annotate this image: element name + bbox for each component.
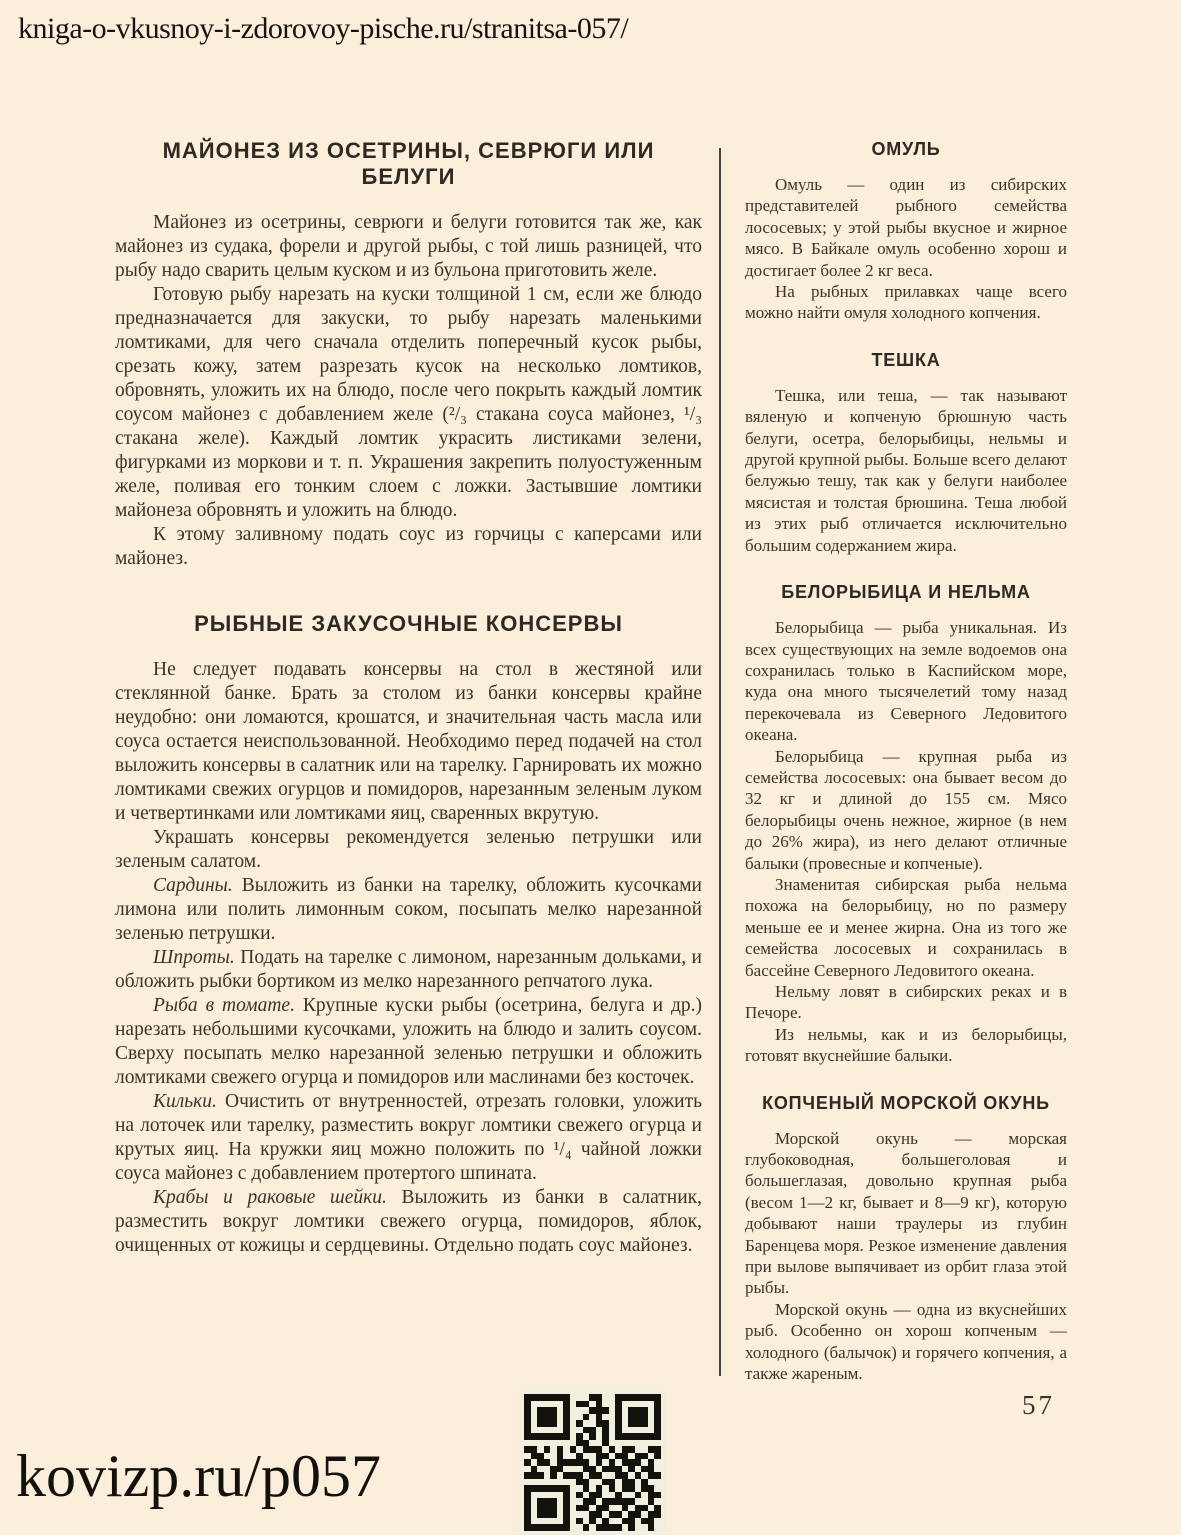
section-title: КОПЧЕНЫЙ МОРСКОЙ ОКУНЬ (745, 1092, 1067, 1114)
paragraph-lead: Шпроты. (153, 947, 235, 968)
paragraph: Украшать консервы рекомендуется зеленью … (115, 826, 702, 874)
paragraph: На рыбных прилавках чаще всего можно най… (745, 281, 1067, 324)
paragraph: Тешка, или теша, — так называют вяленую … (745, 385, 1067, 556)
column-divider (719, 148, 721, 1376)
paragraph: Не следует подавать консервы на стол в ж… (115, 658, 702, 826)
paragraph: Кильки. Очистить от внутренностей, отрез… (115, 1090, 702, 1186)
paragraph: Из нельмы, как и из белорыбицы, готовят … (745, 1024, 1067, 1067)
paragraph: Крабы и раковые шейки. Выложить из банки… (115, 1186, 702, 1258)
section-title: ОМУЛЬ (745, 138, 1067, 160)
paragraph: Морской окунь — морская глубоководная, б… (745, 1128, 1067, 1299)
paragraph: Майонез из осетрины, севрюги и белуги го… (115, 211, 702, 283)
paragraph: Готовую рыбу нарезать на куски толщиной … (115, 283, 702, 523)
section-title: МАЙОНЕЗ ИЗ ОСЕТРИНЫ, СЕВРЮГИ ИЛИ БЕЛУГИ (115, 138, 702, 190)
paragraph: К этому заливному подать соус из горчицы… (115, 523, 702, 571)
paragraph: Белорыбица — рыба уникальная. Из всех су… (745, 617, 1067, 745)
paragraph: Омуль — один из сибирских представителей… (745, 174, 1067, 281)
right-column: ОМУЛЬОмуль — один из сибирских представи… (745, 138, 1067, 1385)
left-column: МАЙОНЕЗ ИЗ ОСЕТРИНЫ, СЕВРЮГИ ИЛИ БЕЛУГИМ… (115, 138, 702, 1258)
paragraph: Нельму ловят в сибирских реках и в Печор… (745, 981, 1067, 1024)
paragraph: Белорыбица — крупная рыба из семейства л… (745, 746, 1067, 874)
section: ОМУЛЬОмуль — один из сибирских представи… (745, 138, 1067, 324)
footer-link: kovizp.ru/p057 (16, 1446, 381, 1506)
paragraph: Шпроты. Подать на тарелке с лимоном, нар… (115, 946, 702, 994)
paragraph: Рыба в томате. Крупные куски рыбы (осетр… (115, 994, 702, 1090)
section-title: РЫБНЫЕ ЗАКУСОЧНЫЕ КОНСЕРВЫ (115, 611, 702, 637)
paragraph: Знаменитая сибирская рыба нельма похожа … (745, 874, 1067, 981)
paragraph-lead: Крабы и раковые шейки. (153, 1187, 387, 1208)
url-header: kniga-o-vkusnoy-i-zdorovoy-pische.ru/str… (18, 12, 628, 46)
paragraph: Сардины. Выложить из банки на тарелку, о… (115, 874, 702, 946)
section: КОПЧЕНЫЙ МОРСКОЙ ОКУНЬМорской окунь — мо… (745, 1092, 1067, 1385)
section: МАЙОНЕЗ ИЗ ОСЕТРИНЫ, СЕВРЮГИ ИЛИ БЕЛУГИМ… (115, 138, 702, 571)
paragraph: Морской окунь — одна из вкуснейших рыб. … (745, 1299, 1067, 1385)
section: РЫБНЫЕ ЗАКУСОЧНЫЕ КОНСЕРВЫНе следует под… (115, 611, 702, 1258)
paragraph-lead: Сардины. (153, 875, 233, 896)
section: БЕЛОРЫБИЦА И НЕЛЬМАБелорыбица — рыба уни… (745, 581, 1067, 1067)
section-title: БЕЛОРЫБИЦА И НЕЛЬМА (745, 581, 1067, 603)
qr-code-icon (519, 1389, 666, 1535)
section: ТЕШКАТешка, или теша, — так называют вял… (745, 349, 1067, 556)
section-title: ТЕШКА (745, 349, 1067, 371)
page-number: 57 (1022, 1390, 1055, 1421)
paragraph-lead: Рыба в томате. (153, 995, 295, 1016)
paragraph-lead: Кильки. (153, 1091, 217, 1112)
